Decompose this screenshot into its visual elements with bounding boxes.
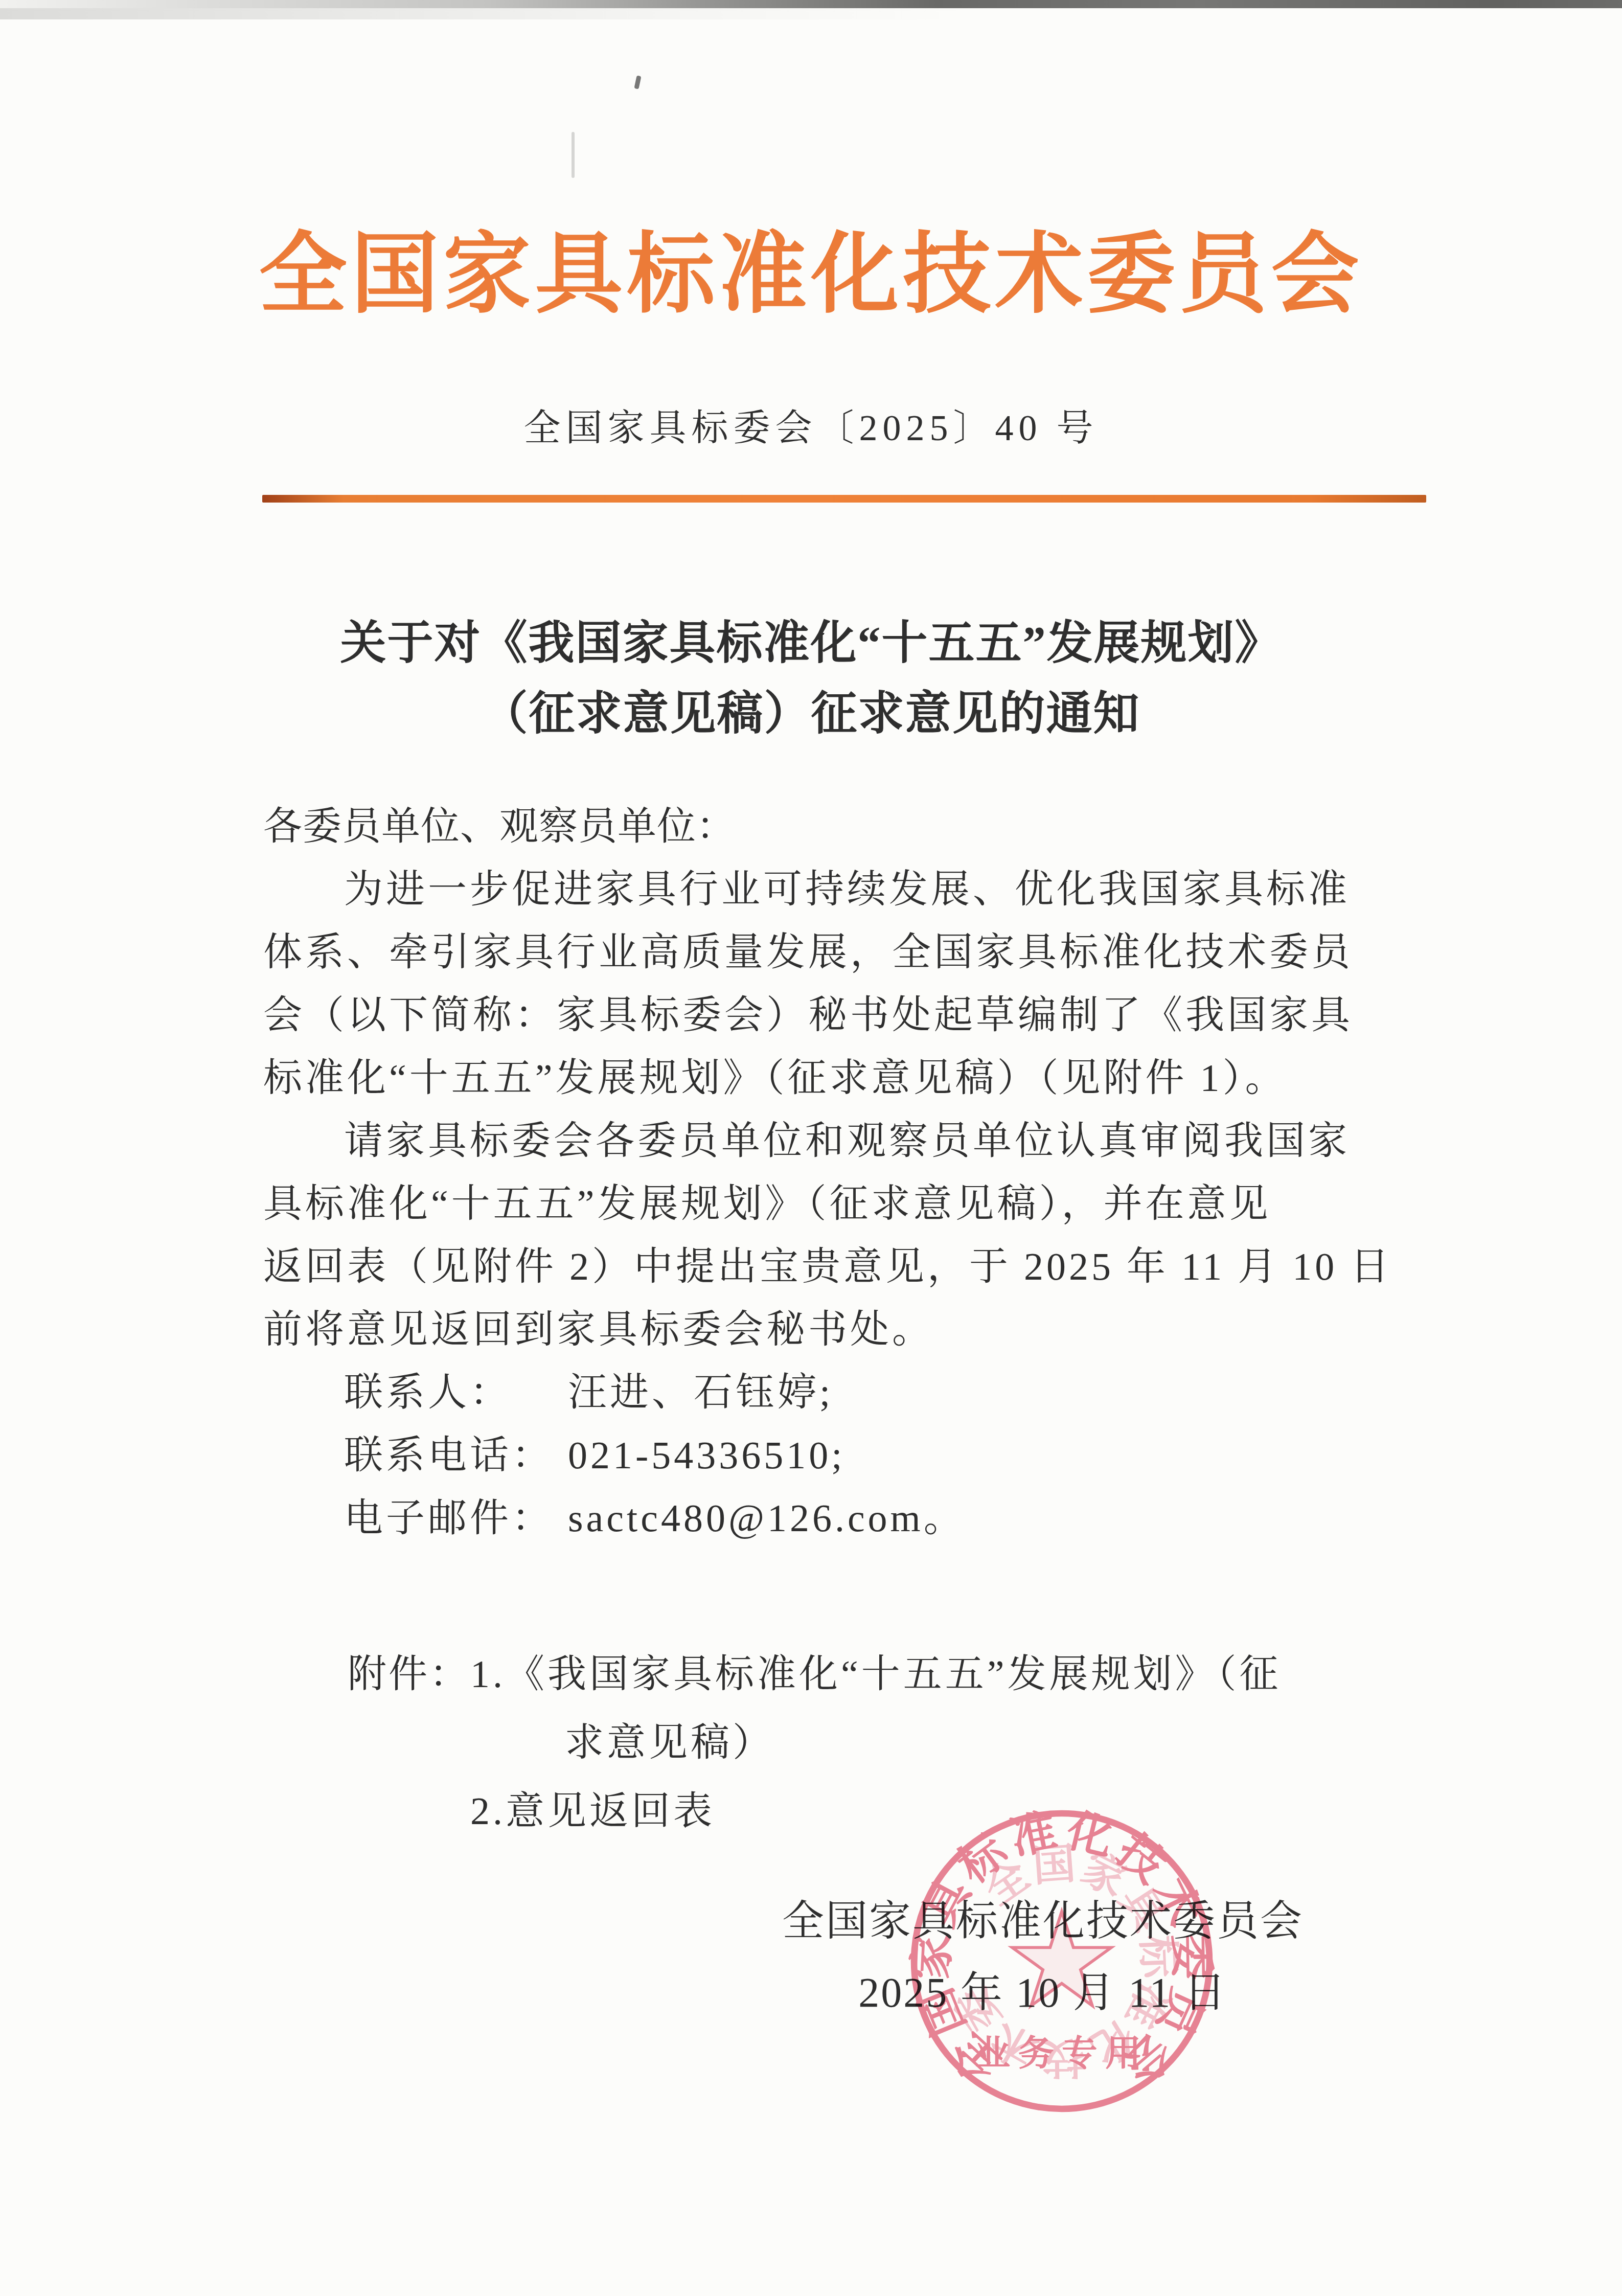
attachments-block: 附件：1.《我国家具标准化“十五五”发展规划》（征 求意见稿） 2.意见返回表 [263,1640,1490,1846]
official-seal: 全国家具标准化技术委员会 全国家具标准化技术委员会 业务专用 [898,1798,1225,2125]
contact-person-row: 联系人：汪进、石钰婷; [263,1361,1367,1424]
contact-email-label: 电子邮件： [344,1487,568,1550]
paragraph-2-line-4: 前将意见返回到家具标委会秘书处。 [263,1299,1367,1361]
paragraph-2-line-2: 具标准化“十五五”发展规划》（征求意见稿），并在意见 [263,1173,1367,1236]
contact-email-value: sactc480@126.com。 [568,1497,966,1540]
salutation: 各委员单位、观察员单位： [263,795,1367,858]
letterhead-title: 全国家具标准化技术委员会 [0,203,1622,330]
contact-phone-label: 联系电话： [344,1424,568,1487]
attachments-label: 附件： [348,1653,470,1696]
paragraph-1-line-1: 为进一步促进家具行业可持续发展、优化我国家具标准 [263,858,1367,921]
paragraph-1-line-2: 体系、牵引家具行业高质量发展，全国家具标准化技术委员 [263,921,1367,984]
scan-edge-artifact [0,0,1622,8]
notice-title-line1: 关于对《我国家具标准化“十五五”发展规划》 [0,608,1622,679]
letterhead-divider [262,495,1426,503]
paragraph-2-line-3: 返回表（见附件 2）中提出宝贵意见，于 2025 年 11 月 10 日 [263,1236,1367,1299]
seal-bottom-text: 业务专用 [974,2034,1149,2074]
contact-phone-row: 联系电话：021-54336510; [263,1424,1367,1487]
notice-title: 关于对《我国家具标准化“十五五”发展规划》 （征求意见稿）征求意见的通知 [0,608,1622,749]
contact-person-value: 汪进、石钰婷; [568,1371,833,1414]
attachment-1-line-2: 求意见稿） [263,1709,1490,1777]
notice-title-line2: （征求意见稿）征求意见的通知 [0,679,1622,749]
contact-phone-value: 021-54336510; [568,1434,845,1477]
attachment-1-row: 附件：1.《我国家具标准化“十五五”发展规划》（征 [263,1640,1490,1709]
document-number: 全国家具标委会〔2025〕40 号 [0,398,1622,451]
attachment-1-line-1: 1.《我国家具标准化“十五五”发展规划》（征 [470,1653,1281,1696]
scan-streak [572,132,575,178]
contact-person-label: 联系人： [344,1361,568,1424]
paragraph-1-line-4: 标准化“十五五”发展规划》（征求意见稿）（见附件 1）。 [263,1047,1367,1110]
scan-speck [634,75,641,89]
paragraph-2-line-1: 请家具标委会各委员单位和观察员单位认真审阅我国家 [263,1110,1367,1173]
paragraph-1-line-3: 会（以下简称：家具标委会）秘书处起草编制了《我国家具 [263,984,1367,1047]
contact-email-row: 电子邮件：sactc480@126.com。 [263,1487,1367,1550]
attachment-2: 2.意见返回表 [263,1777,1490,1846]
scan-edge-shadow [0,8,973,19]
notice-body: 各委员单位、观察员单位： 为进一步促进家具行业可持续发展、优化我国家具标准 体系… [263,795,1367,1550]
document-page: 全国家具标准化技术委员会 全国家具标委会〔2025〕40 号 关于对《我国家具标… [0,0,1622,2296]
star-icon [1012,1912,1111,2006]
